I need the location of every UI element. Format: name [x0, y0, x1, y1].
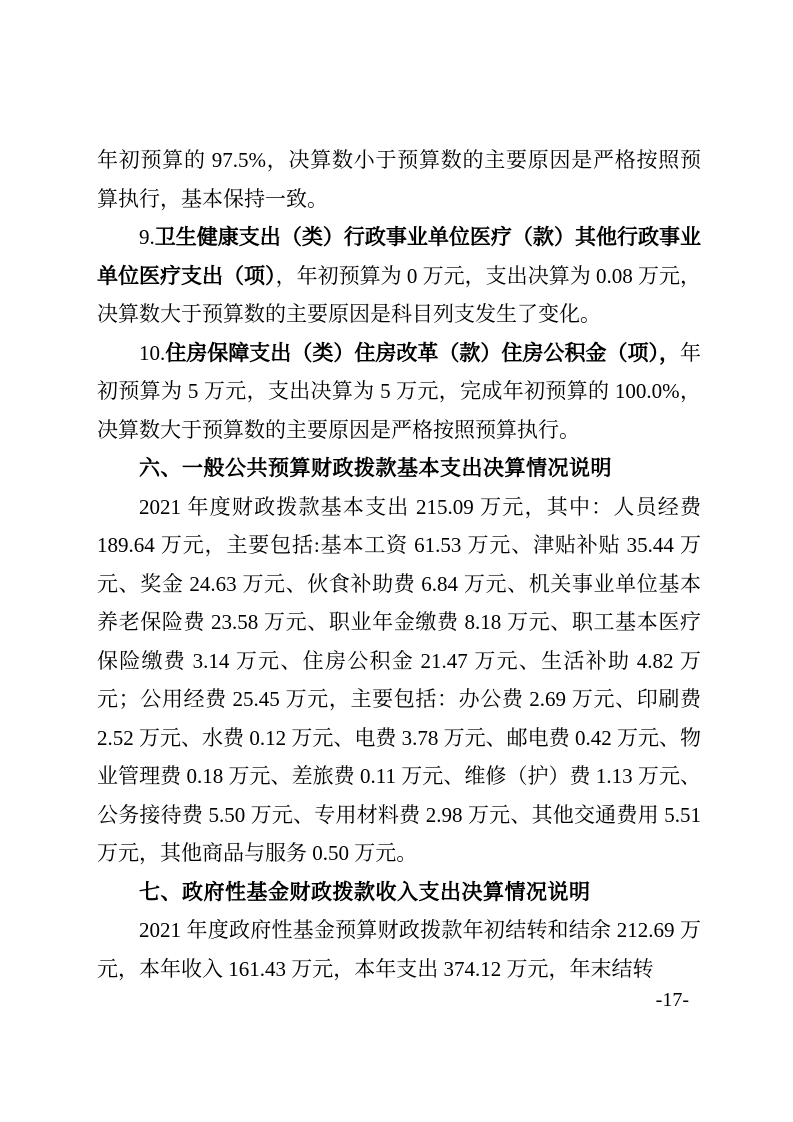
page-number: -17- — [656, 988, 689, 1012]
bold-run-in-text: 住房保障支出（类）住房改革（款）住房公积金（项）， — [165, 341, 680, 365]
text-block: 年初预算的 97.5%，决算数小于预算数的主要原因是严格按照预算执行，基本保持一… — [97, 141, 701, 988]
document-page: 年初预算的 97.5%，决算数小于预算数的主要原因是严格按照预算执行，基本保持一… — [0, 0, 793, 1122]
paragraph: 年初预算的 97.5%，决算数小于预算数的主要原因是严格按照预算执行，基本保持一… — [97, 141, 701, 218]
bold-run-in-text: 七、政府性基金财政拨款收入支出决算情况说明 — [139, 880, 591, 904]
body-text: 年初预算的 97.5%，决算数小于预算数的主要原因是严格按照预算执行，基本保持一… — [97, 148, 701, 211]
body-text: 10. — [139, 341, 165, 365]
body-text: 2021 年度政府性基金预算财政拨款年初结转和结余 212.69 万元，本年收入… — [97, 918, 701, 981]
section-heading: 六、一般公共预算财政拨款基本支出决算情况说明 — [97, 449, 701, 488]
paragraph: 2021 年度财政拨款基本支出 215.09 万元，其中：人员经费 189.64… — [97, 488, 701, 873]
section-heading: 七、政府性基金财政拨款收入支出决算情况说明 — [97, 873, 701, 912]
body-text: 2021 年度财政拨款基本支出 215.09 万元，其中：人员经费 189.64… — [97, 495, 701, 866]
paragraph: 10.住房保障支出（类）住房改革（款）住房公积金（项），年初预算为 5 万元，支… — [97, 334, 701, 450]
bold-run-in-text: 六、一般公共预算财政拨款基本支出决算情况说明 — [139, 456, 612, 480]
paragraph: 9.卫生健康支出（类）行政事业单位医疗（款）其他行政事业单位医疗支出（项），年初… — [97, 218, 701, 334]
paragraph: 2021 年度政府性基金预算财政拨款年初结转和结余 212.69 万元，本年收入… — [97, 911, 701, 988]
body-text: 9. — [139, 225, 155, 249]
